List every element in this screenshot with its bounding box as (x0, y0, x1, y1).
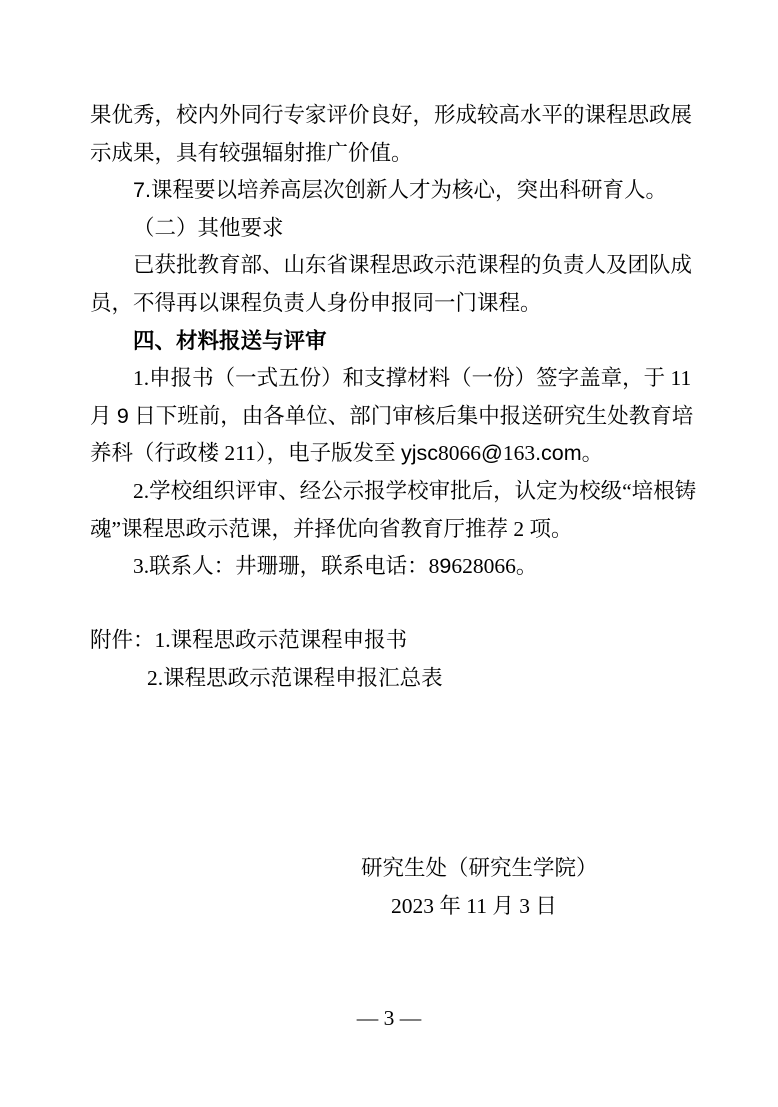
text-segment: 。 (582, 441, 604, 465)
body-line-1: 果优秀，校内外同行专家评价良好，形成较高水平的课程思政展 (90, 97, 706, 135)
body-line-13: 3.联系人：井珊珊，联系电话：89628066。 (90, 548, 706, 586)
text-segment: 四、材料报送与评审 (133, 329, 327, 353)
body-line-3: 7.课程要以培养高层次创新人才为核心，突出科研育人。 (90, 172, 706, 210)
document-body: 果优秀，校内外同行专家评价良好，形成较高水平的课程思政展示成果，具有较强辐射推广… (90, 97, 706, 586)
text-segment: 2.学校组织评审、经公示报学校审批后，认定为校级“培根铸 (133, 479, 696, 503)
attachments-block: 附件：1.课程思政示范课程申报书 2.课程思政示范课程申报汇总表 (90, 622, 443, 697)
text-segment: 9 (439, 554, 451, 578)
text-segment: 课程要以培养高层次创新人才为核心，突出科研育人。 (151, 178, 667, 202)
attachment-line-2: 2.课程思政示范课程申报汇总表 (147, 660, 443, 698)
text-segment: 7. (133, 178, 151, 202)
text-segment: 8066 (438, 441, 481, 465)
text-segment: 员，不得再以课程负责人身份申报同一门课程。 (90, 291, 542, 315)
signature-date: 2023 年 11 月 3 日 (391, 887, 778, 925)
text-segment: 养科（行政楼 211），电子版发至 (90, 441, 401, 465)
text-segment: 示成果，具有较强辐射推广价值。 (90, 141, 413, 165)
body-line-11: 2.学校组织评审、经公示报学校审批后，认定为校级“培根铸 (90, 473, 706, 511)
text-segment: @ (481, 441, 503, 465)
text-segment: 1.申报书（一式五份）和支撑材料（一份）签字盖章，于 11 (133, 366, 691, 390)
text-segment: （二）其他要求 (133, 216, 284, 240)
signature-block: 研究生处（研究生学院） 2023 年 11 月 3 日 (0, 849, 778, 925)
text-segment: yjsc (401, 441, 438, 465)
body-line-12: 魂”课程思政示范课，并择优向省教育厅推荐 2 项。 (90, 511, 706, 549)
text-segment: 魂”课程思政示范课，并择优向省教育厅推荐 2 项。 (90, 517, 573, 541)
text-segment: 628066。 (451, 554, 537, 578)
text-segment: 日下班前，由各单位、部门审核后集中报送研究生处教育培 (129, 404, 693, 428)
body-line-8: 1.申报书（一式五份）和支撑材料（一份）签字盖章，于 11 (90, 360, 706, 398)
body-line-5: 已获批教育部、山东省课程思政示范课程的负责人及团队成 (90, 247, 706, 285)
body-line-7: 四、材料报送与评审 (90, 323, 706, 361)
text-segment: 163 (503, 441, 535, 465)
body-line-4: （二）其他要求 (90, 210, 706, 248)
text-segment: 月 (90, 404, 117, 428)
attachment-line-1: 附件：1.课程思政示范课程申报书 (90, 622, 443, 660)
body-line-6: 员，不得再以课程负责人身份申报同一门课程。 (90, 285, 706, 323)
text-segment: 9 (117, 404, 129, 428)
signature-organization: 研究生处（研究生学院） (361, 849, 778, 887)
text-segment: 3.联系人：井珊珊，联系电话：8 (133, 554, 439, 578)
text-segment: 已获批教育部、山东省课程思政示范课程的负责人及团队成 (133, 253, 692, 277)
text-segment: .com (535, 441, 582, 465)
page-number: — 3 — (357, 1006, 422, 1030)
body-line-9: 月 9 日下班前，由各单位、部门审核后集中报送研究生处教育培 (90, 398, 706, 436)
text-segment: 果优秀，校内外同行专家评价良好，形成较高水平的课程思政展 (90, 103, 692, 127)
page-footer: — 3 — (0, 1000, 778, 1038)
body-line-2: 示成果，具有较强辐射推广价值。 (90, 135, 706, 173)
document-page: 果优秀，校内外同行专家评价良好，形成较高水平的课程思政展示成果，具有较强辐射推广… (0, 0, 778, 1107)
body-line-10: 养科（行政楼 211），电子版发至 yjsc8066@163.com。 (90, 435, 706, 473)
